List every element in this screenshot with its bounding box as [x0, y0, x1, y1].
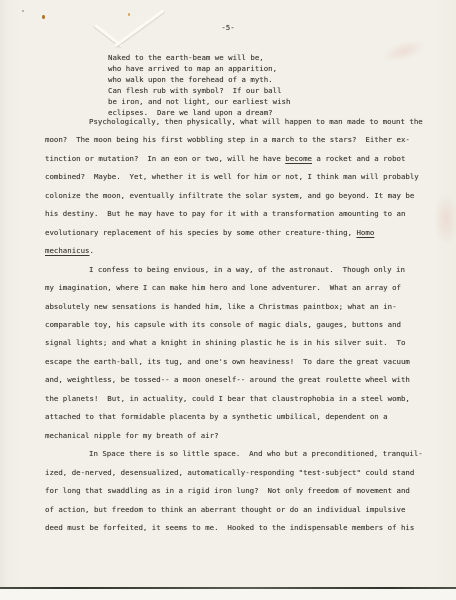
- text-line: be iron, and not light, our earliest wis…: [108, 96, 290, 107]
- text-line: I confess to being envious, in a way, of…: [45, 261, 445, 279]
- text-line: evolutionary replacement of his species …: [45, 224, 445, 242]
- text-line: combined? Maybe. Yet, whether it is well…: [45, 168, 445, 186]
- text-run: comparable toy, his capsule with its con…: [45, 320, 401, 329]
- paper-speck: [22, 10, 24, 12]
- text-line: his destiny. But he may have to pay for …: [45, 205, 445, 223]
- text-line: escape the earth-ball, its tug, and one'…: [45, 353, 445, 371]
- text-line: who walk upon the forehead of a myth.: [108, 74, 290, 85]
- text-run: .: [90, 246, 94, 255]
- text-line: In Space there is so little space. And w…: [45, 445, 445, 463]
- poem-block: Naked to the earth-beam we will be,who h…: [108, 52, 290, 119]
- text-run: Naked to the earth-beam we will be,: [108, 53, 264, 62]
- text-run: combined? Maybe. Yet, whether it is well…: [45, 172, 419, 181]
- text-run: Can flesh rub with symbol? If our ball: [108, 86, 282, 95]
- text-run: tinction or mutation? In an eon or two, …: [45, 154, 285, 163]
- text-run: his destiny. But he may have to pay for …: [45, 209, 405, 218]
- text-line: comparable toy, his capsule with its con…: [45, 316, 445, 334]
- text-run: I confess to being envious, in a way, of…: [89, 265, 405, 274]
- text-run: be iron, and not light, our earliest wis…: [108, 97, 290, 106]
- text-line: ized, de-nerved, desensualized, automati…: [45, 464, 445, 482]
- paper-smudge: [380, 36, 427, 67]
- body-text: Psychologically, then physically, what w…: [45, 113, 445, 537]
- text-line: Naked to the earth-beam we will be,: [108, 52, 290, 63]
- text-run: deed must be forfeited, it seems to me. …: [45, 523, 414, 532]
- text-run: mechanical nipple for my breath of air?: [45, 431, 219, 440]
- text-run: who walk upon the forehead of a myth.: [108, 75, 273, 84]
- text-run: of action, but freedom to think an aberr…: [45, 505, 405, 514]
- underlined-text: mechanicus: [45, 246, 90, 255]
- text-line: the planets! But, in actuality, could I …: [45, 390, 445, 408]
- text-run: a rocket and a robot: [312, 154, 405, 163]
- text-line: my imagination, where I can make him her…: [45, 279, 445, 297]
- text-run: evolutionary replacement of his species …: [45, 228, 356, 237]
- orange-fleck: [42, 15, 45, 19]
- text-run: absolutely new sensations is handed him,…: [45, 302, 397, 311]
- text-line: tinction or mutation? In an eon or two, …: [45, 150, 445, 168]
- text-run: my imagination, where I can make him her…: [45, 283, 401, 292]
- text-line: colonize the moon, eventually infiltrate…: [45, 187, 445, 205]
- text-line: for long that swaddling as in a rigid ir…: [45, 482, 445, 500]
- text-line: mechanical nipple for my breath of air?: [45, 427, 445, 445]
- text-run: who have arrived to map an apparition,: [108, 64, 277, 73]
- page-number: -5-: [0, 23, 456, 32]
- text-line: mechanicus.: [45, 242, 445, 260]
- text-line: Psychologically, then physically, what w…: [45, 113, 445, 131]
- text-run: Psychologically, then physically, what w…: [89, 117, 423, 126]
- text-run: the planets! But, in actuality, could I …: [45, 394, 410, 403]
- text-line: absolutely new sensations is handed him,…: [45, 298, 445, 316]
- text-line: signal lights; and what a knight in shin…: [45, 334, 445, 352]
- text-run: In Space there is so little space. And w…: [89, 449, 423, 458]
- text-line: and, weightless, be tossed-- a moon ones…: [45, 371, 445, 389]
- text-run: for long that swaddling as in a rigid ir…: [45, 486, 410, 495]
- scan-background-strip: [0, 589, 456, 600]
- text-run: signal lights; and what a knight in shin…: [45, 338, 405, 347]
- text-run: moon? The moon being his first wobbling …: [45, 135, 410, 144]
- text-line: deed must be forfeited, it seems to me. …: [45, 519, 445, 537]
- underlined-text: become: [285, 154, 312, 163]
- text-line: Can flesh rub with symbol? If our ball: [108, 85, 290, 96]
- text-run: ized, de-nerved, desensualized, automati…: [45, 468, 414, 477]
- text-run: attached to that formidable placenta by …: [45, 412, 388, 421]
- orange-fleck: [128, 13, 130, 16]
- text-line: who have arrived to map an apparition,: [108, 63, 290, 74]
- underlined-text: Homo: [356, 228, 374, 237]
- document-page: -5- Naked to the earth-beam we will be,w…: [0, 0, 456, 600]
- text-run: escape the earth-ball, its tug, and one'…: [45, 357, 410, 366]
- text-line: of action, but freedom to think an aberr…: [45, 501, 445, 519]
- text-run: colonize the moon, eventually infiltrate…: [45, 191, 414, 200]
- text-run: and, weightless, be tossed-- a moon ones…: [45, 375, 410, 384]
- text-line: attached to that formidable placenta by …: [45, 408, 445, 426]
- text-line: moon? The moon being his first wobbling …: [45, 131, 445, 149]
